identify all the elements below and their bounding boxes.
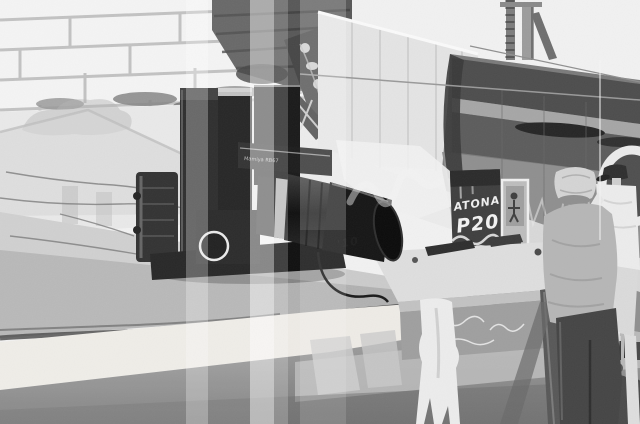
photograph: ATONA P20 60 (0, 0, 640, 424)
film-grain (0, 0, 640, 424)
photo-canvas: ATONA P20 60 (0, 0, 640, 424)
